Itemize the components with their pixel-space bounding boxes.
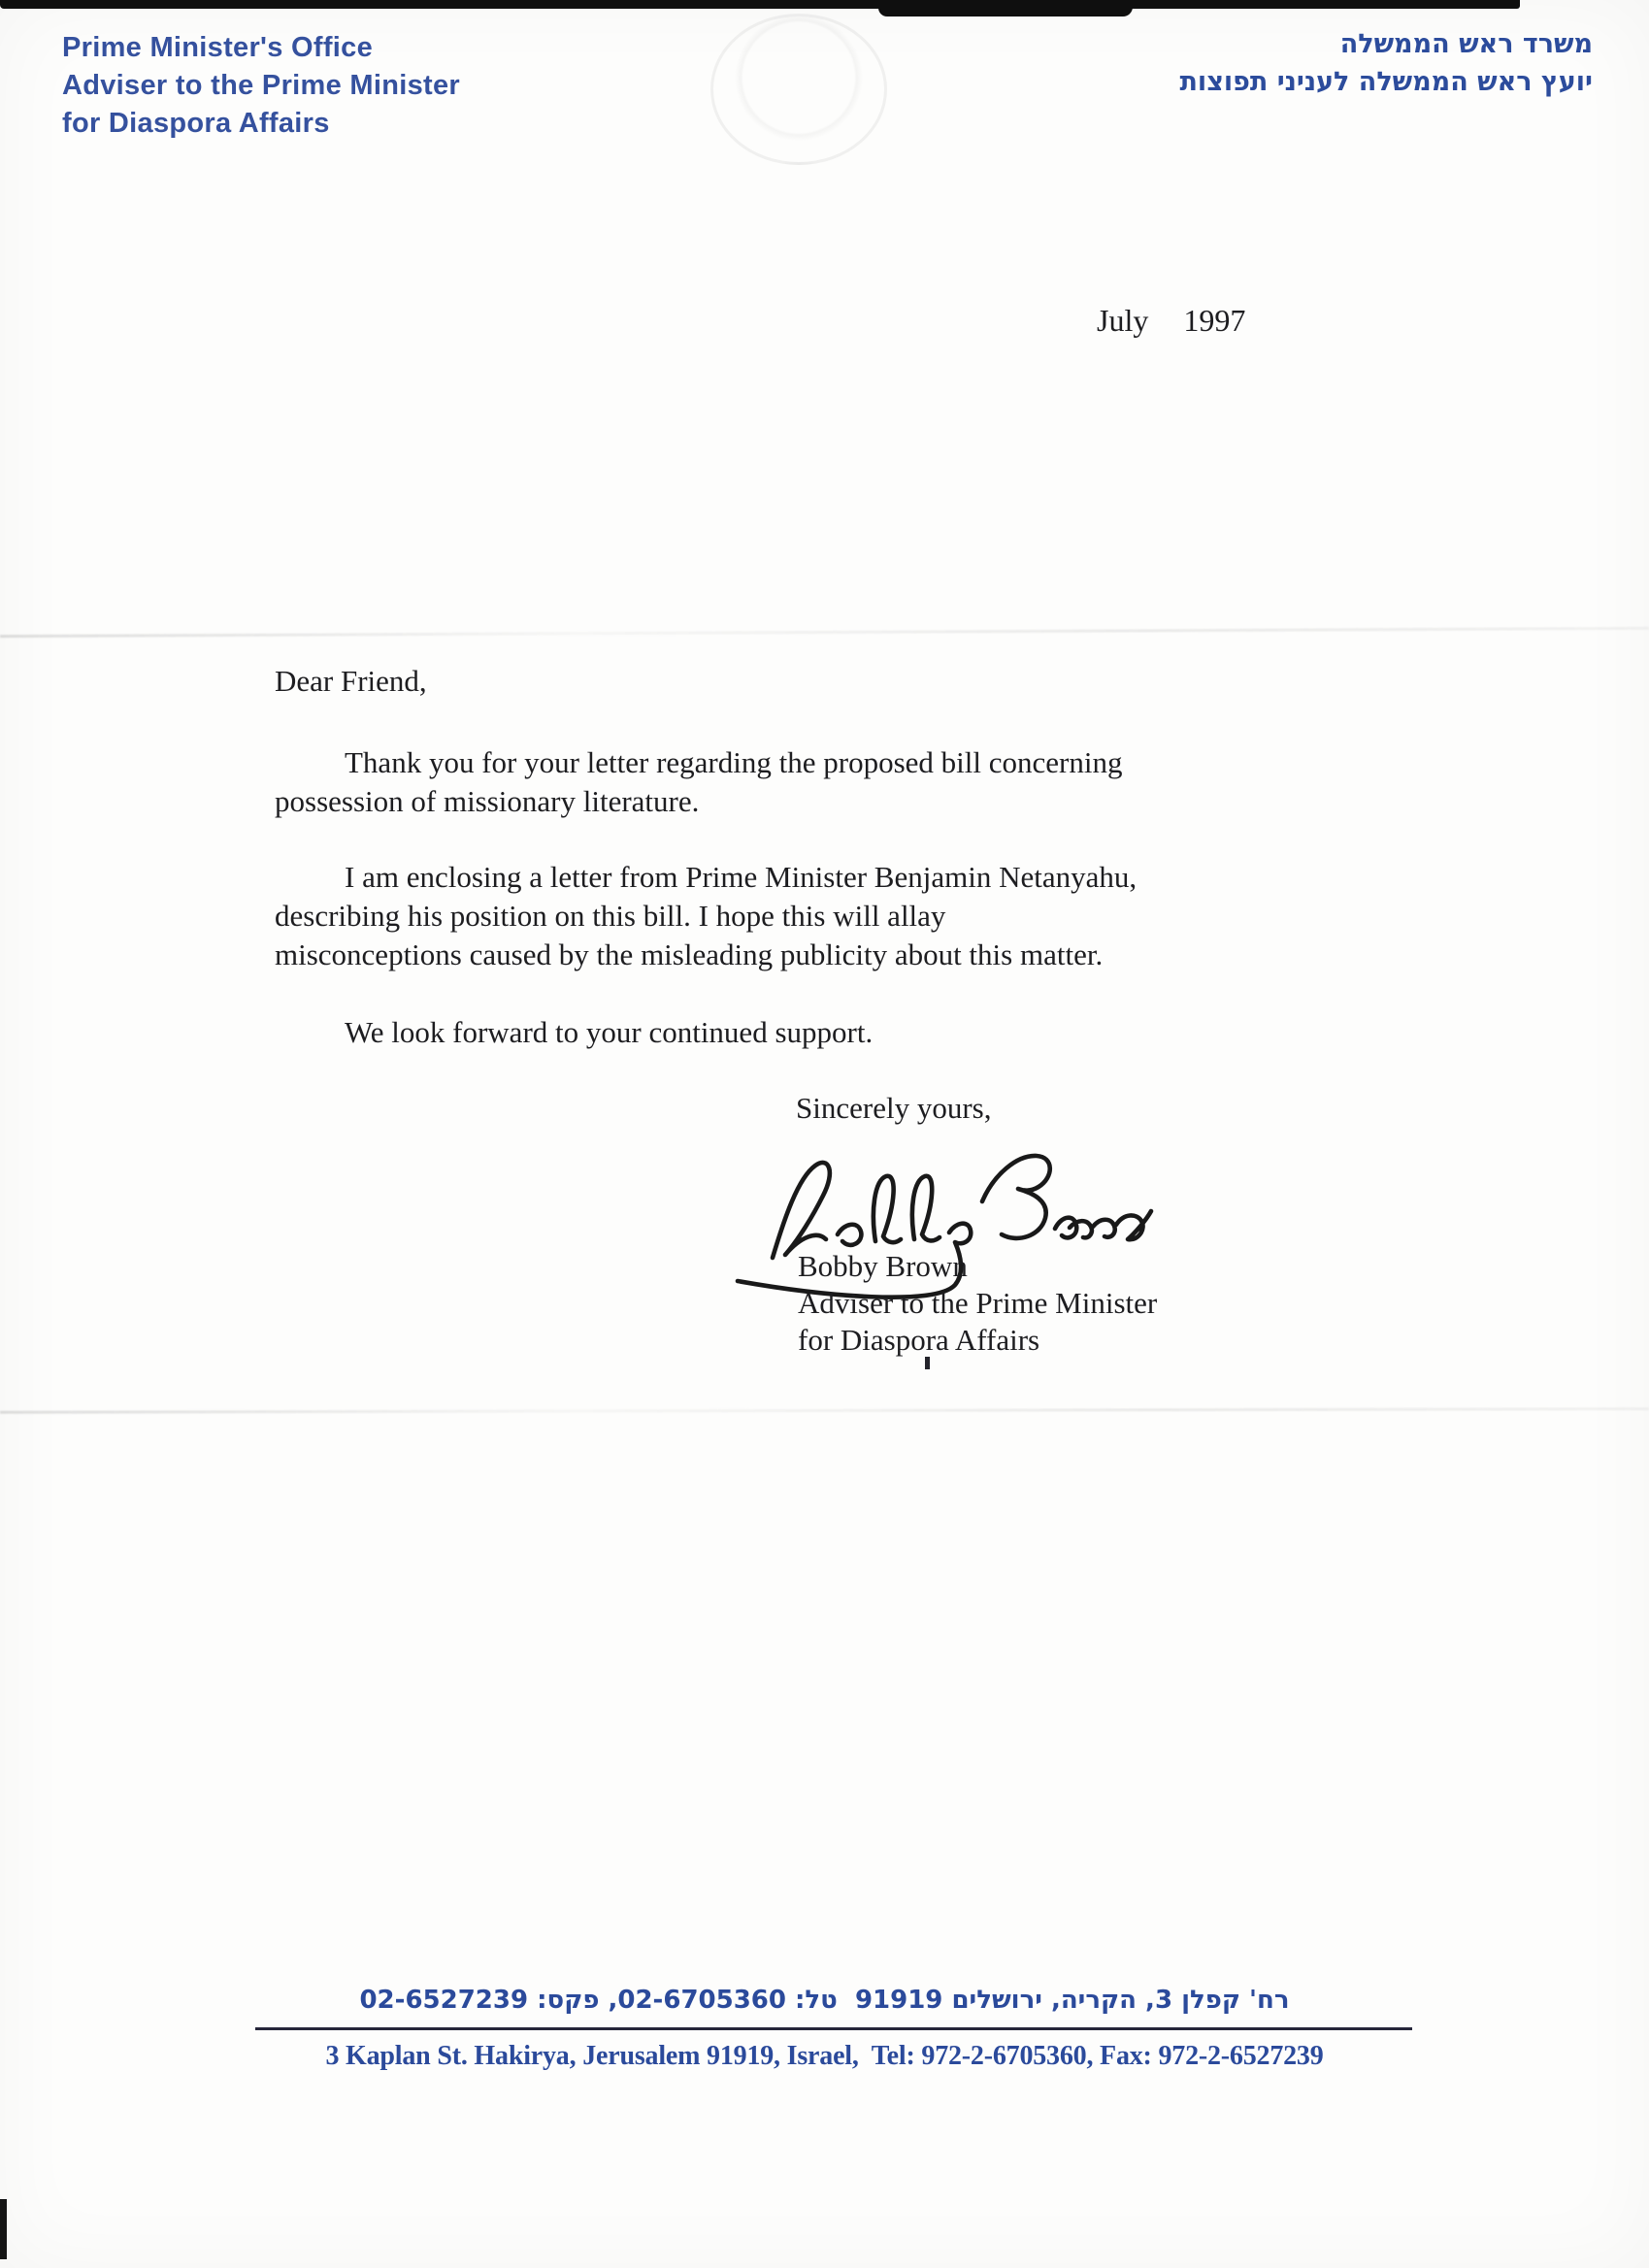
fold-crease-lower [0, 1407, 1649, 1414]
fold-crease-upper [0, 627, 1649, 638]
paragraph-2-line-2: describing his position on this bill. I … [275, 897, 1439, 936]
letterhead-hebrew: משרד ראש הממשלה יועץ ראש הממשלה לעניני ת… [1179, 25, 1593, 101]
scan-artifact-top-edge [0, 0, 1520, 9]
closing: Sincerely yours, [796, 1091, 991, 1126]
scan-artifact-top-bump [878, 0, 1133, 16]
paragraph-1: Thank you for your letter regarding the … [275, 743, 1439, 821]
letterhead-english-line-3: for Diaspora Affairs [62, 105, 460, 143]
paragraph-3-line-1: We look forward to your continued suppor… [275, 1013, 1439, 1052]
scan-artifact-left-edge [0, 2199, 7, 2259]
paragraph-2-line-3: misconceptions caused by the misleading … [275, 936, 1439, 974]
salutation: Dear Friend, [275, 664, 427, 699]
embossed-emblem-watermark [710, 14, 887, 165]
letter-date: July 1997 [1097, 303, 1245, 339]
letterhead-hebrew-line-2: יועץ ראש הממשלה לעניני תפוצות [1179, 63, 1593, 101]
signature-name: Bobby Brown [798, 1248, 1157, 1285]
signature-block: Bobby Brown Adviser to the Prime Ministe… [798, 1248, 1157, 1359]
letterhead-english-line-1: Prime Minister's Office [62, 29, 460, 67]
letter-page: Prime Minister's Office Adviser to the P… [0, 0, 1649, 2268]
footer-address-english: 3 Kaplan St. Hakirya, Jerusalem 91919, I… [0, 2041, 1649, 2072]
paragraph-1-line-2: possession of missionary literature. [275, 782, 1439, 821]
letterhead-hebrew-line-1: משרד ראש הממשלה [1179, 25, 1593, 63]
footer-divider [255, 2027, 1412, 2030]
letterhead-english: Prime Minister's Office Adviser to the P… [62, 29, 460, 143]
signature-title-line-2: for Diaspora Affairs [798, 1322, 1157, 1359]
letterhead-english-line-2: Adviser to the Prime Minister [62, 67, 460, 105]
signature-title-line-1: Adviser to the Prime Minister [798, 1285, 1157, 1322]
footer-address-hebrew: רח' קפלן 3, הקריה, ירושלים 91919 טל: 02-… [0, 1986, 1649, 2015]
paragraph-2: I am enclosing a letter from Prime Minis… [275, 858, 1439, 974]
paragraph-1-line-1: Thank you for your letter regarding the … [275, 743, 1439, 782]
paragraph-2-line-1: I am enclosing a letter from Prime Minis… [275, 858, 1439, 897]
paragraph-3: We look forward to your continued suppor… [275, 1013, 1439, 1052]
